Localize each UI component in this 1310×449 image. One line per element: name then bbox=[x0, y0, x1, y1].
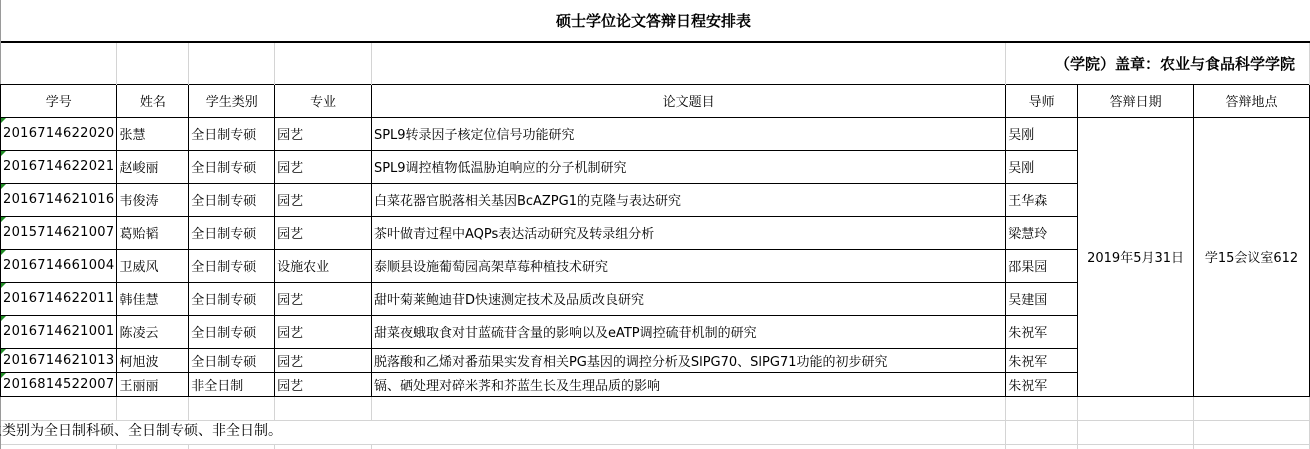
empty-cell[interactable] bbox=[1, 444, 117, 449]
thesis-cell[interactable]: 甜菜夜蛾取食对甘蓝硫苷含量的影响以及eATP调控硫苷机制的研究 bbox=[371, 315, 1005, 348]
name-cell[interactable]: 韩佳慧 bbox=[117, 282, 189, 315]
empty-cell[interactable] bbox=[371, 444, 1005, 449]
empty-cell[interactable] bbox=[1006, 444, 1078, 449]
type-cell[interactable]: 全日制专硕 bbox=[189, 282, 275, 315]
advisor-cell[interactable]: 朱祝军 bbox=[1006, 372, 1078, 396]
type-cell[interactable]: 非全日制 bbox=[189, 372, 275, 396]
advisor-cell[interactable]: 邵果园 bbox=[1006, 249, 1078, 282]
header-defense-date[interactable]: 答辩日期 bbox=[1078, 84, 1194, 117]
defense-place-cell[interactable]: 学15会议室612 bbox=[1194, 117, 1310, 396]
major-cell[interactable]: 园艺 bbox=[275, 372, 372, 396]
type-cell[interactable]: 全日制专硕 bbox=[189, 117, 275, 150]
name-cell[interactable]: 韦俊涛 bbox=[117, 183, 189, 216]
advisor-cell[interactable]: 梁慧玲 bbox=[1006, 216, 1078, 249]
empty-cell[interactable] bbox=[117, 42, 189, 84]
empty-cell[interactable] bbox=[117, 444, 189, 449]
name-cell[interactable]: 张慧 bbox=[117, 117, 189, 150]
header-advisor[interactable]: 导师 bbox=[1006, 84, 1078, 117]
advisor-cell[interactable]: 吴刚 bbox=[1006, 150, 1078, 183]
thesis-cell[interactable]: 甜叶菊莱鲍迪苷D快速测定技术及品质改良研究 bbox=[371, 282, 1005, 315]
empty-cell[interactable] bbox=[371, 42, 1005, 84]
empty-cell[interactable] bbox=[275, 396, 372, 420]
empty-cell[interactable] bbox=[189, 444, 275, 449]
student-id-cell[interactable]: 2016714621016 bbox=[1, 183, 117, 216]
header-student-id[interactable]: 学号 bbox=[1, 84, 117, 117]
student-id-cell[interactable]: 2015714621007 bbox=[1, 216, 117, 249]
type-cell[interactable]: 全日制专硕 bbox=[189, 315, 275, 348]
student-id-cell[interactable]: 2016714622021 bbox=[1, 150, 117, 183]
header-thesis-title[interactable]: 论文题目 bbox=[371, 84, 1005, 117]
empty-cell[interactable] bbox=[1078, 420, 1194, 444]
empty-cell[interactable] bbox=[1194, 396, 1310, 420]
empty-cell[interactable] bbox=[1, 42, 117, 84]
name-cell[interactable]: 卫威风 bbox=[117, 249, 189, 282]
empty-cell[interactable] bbox=[1078, 396, 1194, 420]
advisor-cell[interactable]: 朱祝军 bbox=[1006, 315, 1078, 348]
footnote: 生类别为全日制科硕、全日制专硕、非全日制。 bbox=[0, 420, 282, 440]
major-cell[interactable]: 园艺 bbox=[275, 117, 372, 150]
name-cell[interactable]: 赵峻丽 bbox=[117, 150, 189, 183]
major-cell[interactable]: 园艺 bbox=[275, 348, 372, 372]
college-stamp[interactable]: （学院）盖章：农业与食品科学学院 bbox=[1006, 42, 1310, 84]
name-cell[interactable]: 葛贻韬 bbox=[117, 216, 189, 249]
student-id-cell[interactable]: 2016714621001 bbox=[1, 315, 117, 348]
table-row: 2016714622020 张慧 全日制专硕 园艺 SPL9转录因子核定位信号功… bbox=[1, 117, 1310, 150]
advisor-cell[interactable]: 朱祝军 bbox=[1006, 348, 1078, 372]
header-student-type[interactable]: 学生类别 bbox=[189, 84, 275, 117]
type-cell[interactable]: 全日制专硕 bbox=[189, 183, 275, 216]
type-cell[interactable]: 全日制专硕 bbox=[189, 348, 275, 372]
thesis-cell[interactable]: 茶叶做青过程中AQPs表达活动研究及转录组分析 bbox=[371, 216, 1005, 249]
thesis-cell[interactable]: 脱落酸和乙烯对番茄果实发育相关PG基因的调控分析及SlPG70、SlPG71功能… bbox=[371, 348, 1005, 372]
major-cell[interactable]: 园艺 bbox=[275, 150, 372, 183]
empty-cell[interactable] bbox=[1078, 444, 1194, 449]
type-cell[interactable]: 全日制专硕 bbox=[189, 150, 275, 183]
empty-cell[interactable] bbox=[189, 42, 275, 84]
student-id-cell[interactable]: 2016714622011 bbox=[1, 282, 117, 315]
spreadsheet: 硕士学位论文答辩日程安排表 （学院）盖章：农业与食品科学学院 学号 姓名 学生类… bbox=[0, 0, 1310, 449]
page-title: 硕士学位论文答辩日程安排表 bbox=[556, 10, 751, 31]
type-cell[interactable]: 全日制专硕 bbox=[189, 216, 275, 249]
student-id-cell[interactable]: 2016714621013 bbox=[1, 348, 117, 372]
stamp-row: （学院）盖章：农业与食品科学学院 bbox=[1, 42, 1310, 84]
partial-row bbox=[1, 444, 1310, 449]
empty-cell[interactable] bbox=[1, 396, 117, 420]
thesis-cell[interactable]: SPL9调控植物低温胁迫响应的分子机制研究 bbox=[371, 150, 1005, 183]
empty-cell[interactable] bbox=[275, 42, 372, 84]
advisor-cell[interactable]: 吴建国 bbox=[1006, 282, 1078, 315]
empty-cell[interactable] bbox=[275, 444, 372, 449]
student-id-cell[interactable]: 2016714622020 bbox=[1, 117, 117, 150]
header-major[interactable]: 专业 bbox=[275, 84, 372, 117]
name-cell[interactable]: 陈凌云 bbox=[117, 315, 189, 348]
thesis-cell[interactable]: 镉、硒处理对碎米荠和芥蓝生长及生理品质的影响 bbox=[371, 372, 1005, 396]
empty-row bbox=[1, 396, 1310, 420]
header-defense-place[interactable]: 答辩地点 bbox=[1194, 84, 1310, 117]
major-cell[interactable]: 园艺 bbox=[275, 315, 372, 348]
major-cell[interactable]: 园艺 bbox=[275, 216, 372, 249]
thesis-cell[interactable]: 白菜花器官脱落相关基因BcAZPG1的克隆与表达研究 bbox=[371, 183, 1005, 216]
header-name[interactable]: 姓名 bbox=[117, 84, 189, 117]
thesis-cell[interactable]: SPL9转录因子核定位信号功能研究 bbox=[371, 117, 1005, 150]
title-cell[interactable]: 硕士学位论文答辩日程安排表 bbox=[0, 0, 1310, 41]
empty-cell[interactable] bbox=[371, 396, 1005, 420]
name-cell[interactable]: 王丽丽 bbox=[117, 372, 189, 396]
header-row: 学号 姓名 学生类别 专业 论文题目 导师 答辩日期 答辩地点 bbox=[1, 84, 1310, 117]
major-cell[interactable]: 设施农业 bbox=[275, 249, 372, 282]
student-id-cell[interactable]: 2016714661004 bbox=[1, 249, 117, 282]
defense-date-cell[interactable]: 2019年5月31日 bbox=[1078, 117, 1194, 396]
advisor-cell[interactable]: 吴刚 bbox=[1006, 117, 1078, 150]
empty-cell[interactable] bbox=[1006, 420, 1078, 444]
type-cell[interactable]: 全日制专硕 bbox=[189, 249, 275, 282]
empty-cell[interactable] bbox=[1194, 444, 1310, 449]
student-id-cell[interactable]: 2016814522007 bbox=[1, 372, 117, 396]
schedule-table: （学院）盖章：农业与食品科学学院 学号 姓名 学生类别 专业 论文题目 导师 答… bbox=[0, 41, 1310, 449]
empty-cell[interactable] bbox=[117, 396, 189, 420]
thesis-cell[interactable]: 泰顺县设施葡萄园高架草莓种植技术研究 bbox=[371, 249, 1005, 282]
empty-cell[interactable] bbox=[1194, 420, 1310, 444]
major-cell[interactable]: 园艺 bbox=[275, 183, 372, 216]
major-cell[interactable]: 园艺 bbox=[275, 282, 372, 315]
name-cell[interactable]: 柯旭波 bbox=[117, 348, 189, 372]
advisor-cell[interactable]: 王华森 bbox=[1006, 183, 1078, 216]
empty-cell[interactable] bbox=[189, 396, 275, 420]
empty-cell[interactable] bbox=[1006, 396, 1078, 420]
